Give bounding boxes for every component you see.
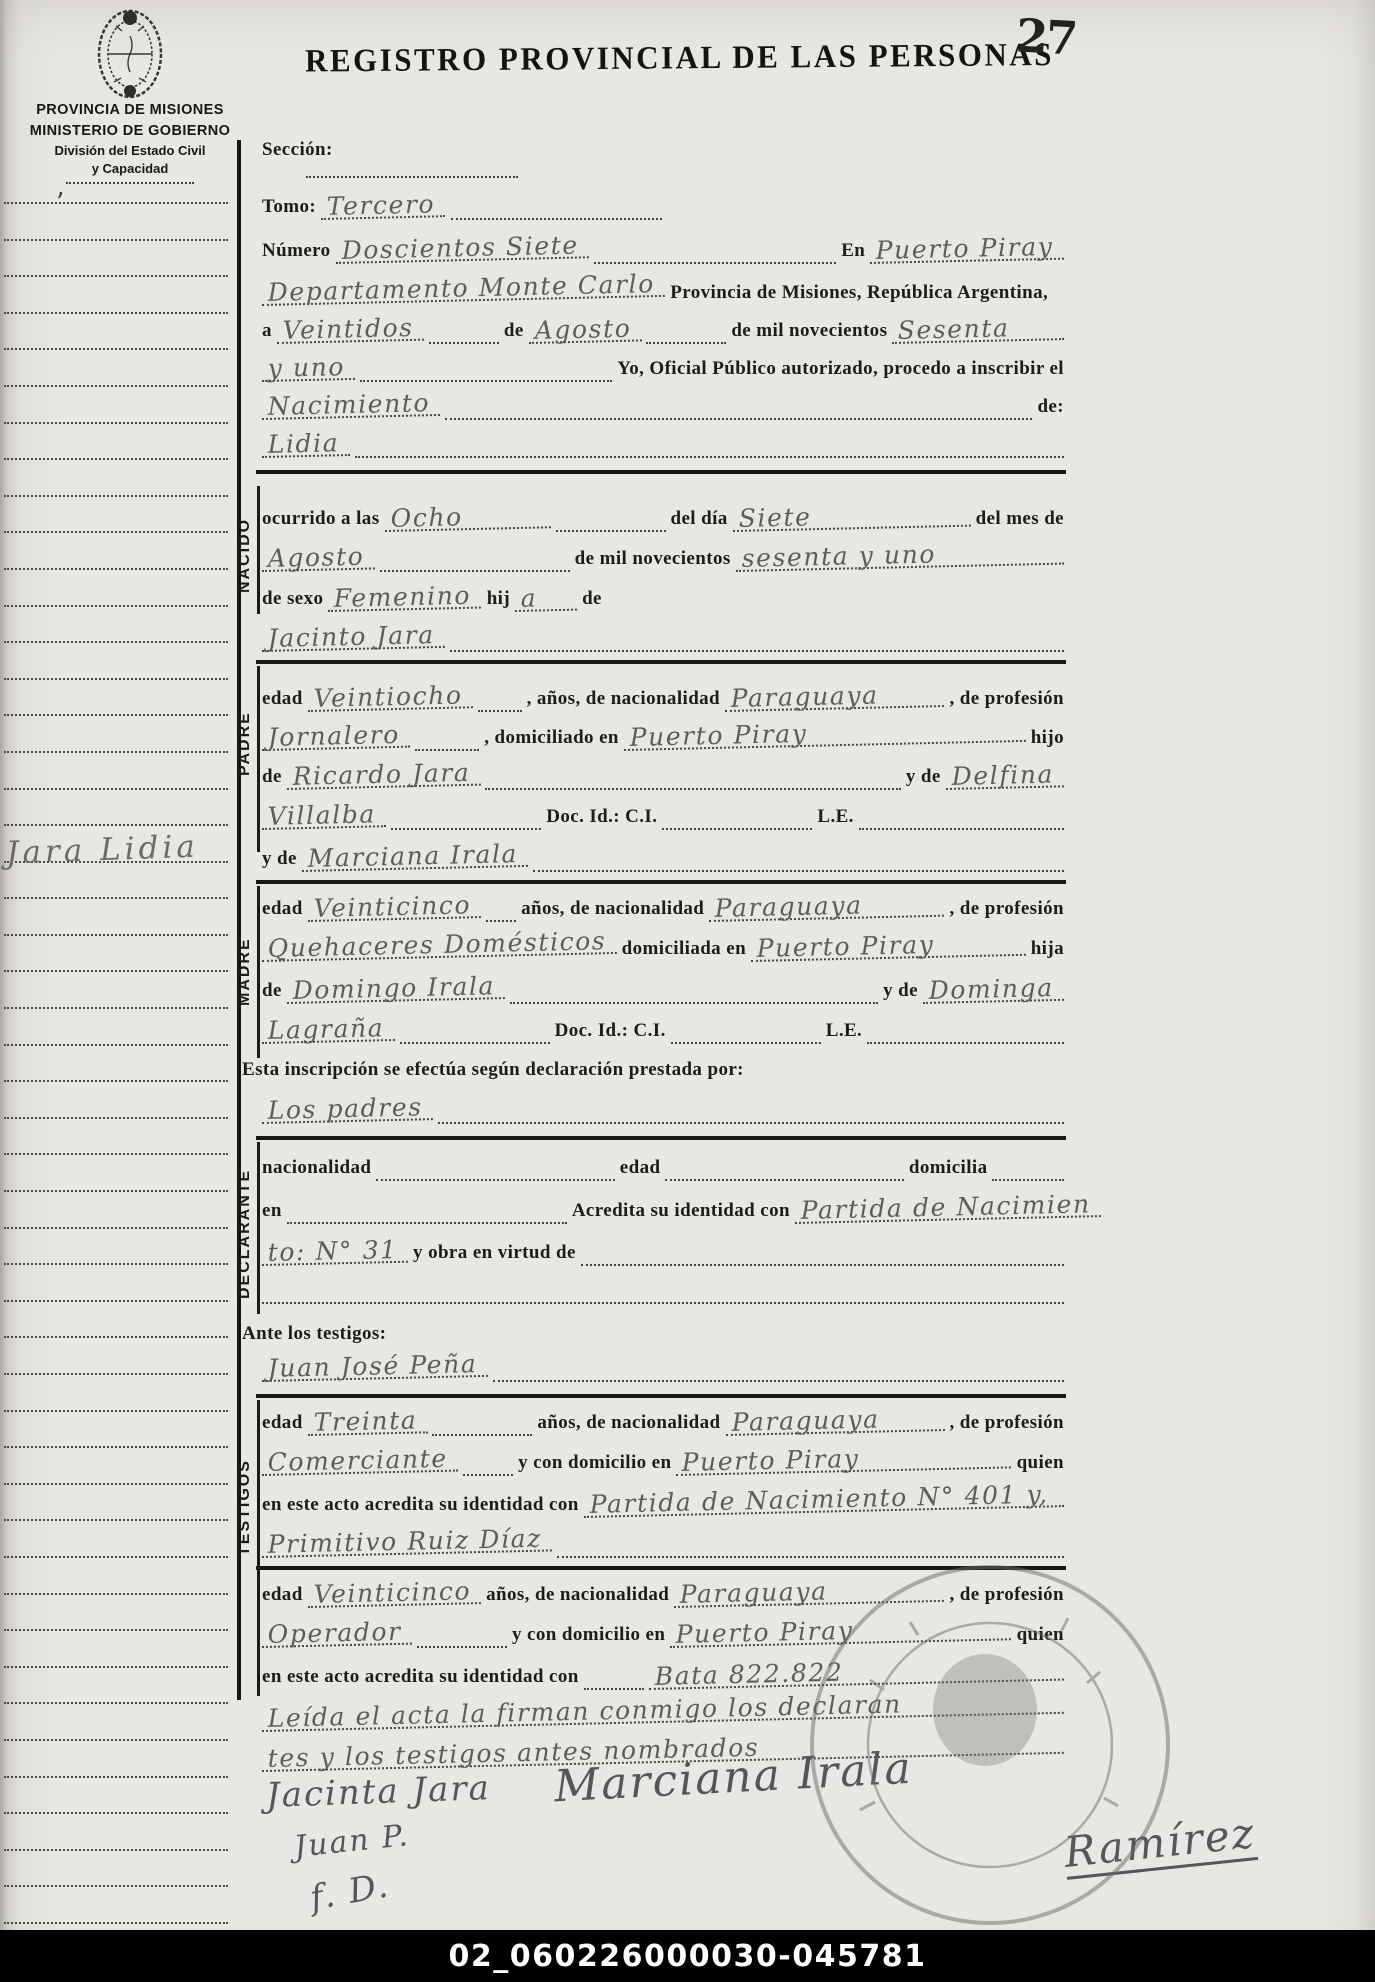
quien-label: quien (1017, 1453, 1064, 1476)
section-divider (256, 1136, 1066, 1140)
nacionalidad-label-4: años, de nacionalidad (537, 1413, 720, 1436)
dotted-fill (478, 702, 522, 712)
madre-edad-value: Veinticinco (307, 894, 481, 922)
section-rule (257, 1142, 260, 1314)
dotted-fill (486, 912, 516, 922)
madre-nombre-value: Marciana Irala (301, 843, 528, 872)
numero-line: Número Doscientos Siete En Puerto Piray (262, 240, 1064, 264)
oficial-label: Yo, Oficial Público autorizado, procedo … (617, 359, 1064, 382)
dotted-fill (391, 820, 541, 830)
margin-annotation: Jara Lidia (5, 829, 199, 872)
testigo2-profesion-value: Operador (261, 1621, 411, 1649)
profesion-label: , de profesión (949, 689, 1064, 712)
madre-domicilio-value: Puerto Piray (750, 932, 1025, 962)
en-label: En (841, 241, 865, 264)
testigo1-acredita-value: Partida de Nacimiento N° 401 y, (583, 1483, 1064, 1518)
dotted-fill (594, 254, 837, 264)
hija-label: hija (1031, 939, 1064, 962)
padre-nacionalidad-value: Paraguaya (724, 683, 944, 712)
de2-label: de (582, 589, 602, 612)
dotted-fill (400, 1034, 550, 1044)
dotted-fill (287, 1214, 567, 1224)
nombre-line: Lidia (262, 434, 1064, 458)
y-de-label-2: y de (262, 849, 297, 872)
declaracion-label: Esta inscripción se efectúa según declar… (242, 1060, 744, 1083)
letterhead-line-1: PROVINCIA DE MISIONES (26, 100, 234, 121)
tomo-label: Tomo: (262, 197, 316, 220)
doc-id-label-2: Doc. Id.: C.I. (555, 1021, 666, 1044)
declarante-quien-value: Los padres (261, 1096, 432, 1124)
dotted-fill (485, 780, 900, 790)
nacionalidad-label: , años, de nacionalidad (527, 689, 720, 712)
dotted-fill (493, 1372, 1064, 1382)
madre-abuelo-line: de Domingo Irala y de Dominga (262, 980, 1064, 1004)
padre-nombre-value: Jacinto Jara (261, 624, 445, 652)
section-label-padre: PADRE (236, 684, 254, 804)
scan-code: 02_060226000030-045781 (449, 1939, 927, 1974)
hij-label: hij (487, 589, 510, 612)
declarante-acredita-line: en Acredita su identidad con Partida de … (262, 1200, 1064, 1224)
dotted-fill (360, 372, 612, 382)
section-rule (257, 1400, 260, 1696)
testigo1-acredita-line: en este acto acredita su identidad con P… (262, 1494, 1064, 1518)
dotted-fill (306, 168, 518, 178)
nacionalidad-label-2: años, de nacionalidad (521, 899, 704, 922)
declarante-acredita-value-1: Partida de Nacimien (794, 1193, 1100, 1224)
de-label: de (504, 321, 524, 344)
signature-jacinta-jara: Jacinta Jara (265, 1768, 491, 1816)
dotted-fill (556, 522, 666, 532)
edad-label-5: edad (262, 1585, 303, 1608)
padre-profesion-value: Jornalero (261, 724, 410, 752)
ante-label: Ante los testigos: (242, 1324, 386, 1347)
domicilia-label: domicilia (909, 1158, 988, 1181)
seccion-blank (306, 168, 518, 178)
dotted-fill (859, 820, 1064, 830)
profesion-label-3: , de profesión (949, 1413, 1064, 1436)
signature-juan: Juan P. (292, 1818, 411, 1865)
section-rule (257, 886, 260, 1058)
coat-of-arms-seal-icon (86, 6, 174, 102)
madre-doc-line: Lagraña Doc. Id.: C.I. L.E. (262, 1020, 1064, 1044)
padre-abuela-2-value: Villalba (261, 803, 386, 830)
section-divider (256, 1394, 1066, 1398)
edad-label-4: edad (262, 1413, 303, 1436)
padre-abuelo-value: Ricardo Jara (286, 762, 480, 791)
hijo-label: hijo (1031, 728, 1064, 751)
seccion-line: Sección: (262, 140, 1064, 163)
nombre-value: Lidia (261, 432, 349, 458)
letterhead: PROVINCIA DE MISIONES MINISTERIO DE GOBI… (26, 100, 234, 184)
section-label-testigos: TESTIGOS (236, 1428, 254, 1588)
madre-abuela-2-value: Lagraña (261, 1017, 394, 1044)
madre-profesion-value: Quehaceres Domésticos (261, 930, 616, 962)
dotted-fill (671, 1034, 821, 1044)
letterhead-dotted-rule (66, 182, 194, 184)
hija-suffix-value: a (515, 587, 578, 613)
padre-profesion-line: Jornalero , domiciliado en Puerto Piray … (262, 727, 1064, 751)
y-de-label-3: y de (883, 981, 918, 1004)
dia-value: Veintidos (276, 317, 423, 345)
dotted-fill (581, 1256, 1064, 1266)
dotted-fill (867, 1034, 1064, 1044)
mes-value: Agosto (528, 317, 641, 344)
letterhead-line-3: División del Estado Civil (26, 142, 234, 160)
anio-value-2: y uno (261, 356, 355, 382)
del-dia-label: del día (671, 509, 728, 532)
testigo1-nacionalidad-value: Paraguaya (725, 1407, 944, 1436)
y-de-label: y de (906, 767, 941, 790)
dotted-fill (262, 1294, 1064, 1304)
hora-value: Ocho (384, 504, 551, 532)
ocurrido-label: ocurrido a las (262, 509, 380, 532)
provincia-label: Provincia de Misiones, República Argenti… (670, 283, 1048, 306)
madre-edad-line: edad Veinticinco años, de nacionalidad P… (262, 898, 1064, 922)
letterhead-line-4: y Capacidad (26, 160, 234, 178)
section-rule (257, 666, 260, 852)
edad-label: edad (262, 689, 303, 712)
madre-profesion-line: Quehaceres Domésticos domiciliada en Pue… (262, 938, 1064, 962)
sexo-value: Femenino (328, 585, 482, 613)
section-divider (256, 470, 1066, 474)
dotted-fill (992, 1171, 1064, 1181)
dotted-fill (646, 334, 726, 344)
section-label-madre: MADRE (236, 902, 254, 1042)
mil-novecientos-label: de mil novecientos (731, 321, 887, 344)
testigo1-profesion-line: Comerciante y con domicilio en Puerto Pi… (262, 1452, 1064, 1476)
le-label-2: L.E. (826, 1021, 862, 1044)
edad-label-2: edad (262, 899, 303, 922)
nacimiento-hora-line: ocurrido a las Ocho del día Siete del me… (262, 508, 1064, 532)
dotted-fill (376, 1171, 614, 1181)
departamento-value: Departamento Monte Carlo (261, 273, 665, 306)
declaracion-intro-line: Esta inscripción se efectúa según declar… (242, 1060, 1064, 1083)
testigo1-nombre-line: Juan José Peña (262, 1358, 1064, 1382)
profesion-label-2: , de profesión (949, 899, 1064, 922)
declarante-blank-line (262, 1294, 1064, 1304)
dotted-fill (557, 1548, 1064, 1558)
testigo1-nombre-value: Juan José Peña (261, 1353, 487, 1382)
de-sexo-label: de sexo (262, 589, 323, 612)
dotted-fill (445, 410, 1032, 420)
numero-label: Número (262, 241, 331, 264)
le-label: L.E. (817, 807, 853, 830)
dotted-fill (380, 562, 570, 572)
padre-abuelo-line: de Ricardo Jara y de Delfina (262, 766, 1064, 790)
declarante-obra-line: to: N° 31 y obra en virtud de (262, 1242, 1064, 1266)
declarante-datos-line: nacionalidad edad domicilia (262, 1158, 1064, 1181)
dotted-fill (415, 741, 479, 751)
dotted-fill (450, 642, 1064, 652)
a-label: a (262, 321, 272, 344)
fecha-line: a Veintidos de Agosto de mil novecientos… (262, 320, 1064, 344)
domiciliado-label: , domiciliado en (484, 728, 619, 751)
testigo2-edad-value: Veinticinco (307, 1580, 481, 1608)
scan-code-band: 02_060226000030-045781 (0, 1930, 1375, 1982)
mes-nac-value: Agosto (261, 545, 374, 572)
section-rule (257, 486, 260, 614)
padre-doc-line: Villalba Doc. Id.: C.I. L.E. (262, 806, 1064, 830)
departamento-line: Departamento Monte Carlo Provincia de Mi… (262, 282, 1064, 306)
acto-line: Nacimiento de: (262, 396, 1064, 420)
de-label-2: de (262, 767, 282, 790)
section-label-declarante: DECLARANTE (236, 1150, 254, 1318)
del-mes-label: del mes de (976, 509, 1064, 532)
de-label-3: de (262, 981, 282, 1004)
dotted-fill (432, 1426, 532, 1436)
section-label-nacido: NACIDO (236, 497, 254, 613)
round-office-stamp-icon (800, 1560, 1180, 1930)
signature-flourish: f. D. (307, 1865, 393, 1918)
dotted-fill (417, 1638, 507, 1648)
madre-abuelo-value: Domingo Irala (286, 975, 505, 1004)
dotted-fill (584, 1680, 644, 1690)
obra-label: y obra en virtud de (413, 1243, 576, 1266)
testigos-intro-line: Ante los testigos: (242, 1324, 1064, 1347)
mil-novecientos-label-2: de mil novecientos (575, 549, 731, 572)
dotted-fill (463, 1466, 513, 1476)
testigo2-nombre-line: Primitivo Ruiz Díaz (262, 1534, 1064, 1558)
testigo1-domicilio-value: Puerto Piray (676, 1444, 1012, 1476)
testigo1-profesion-value: Comerciante (261, 1448, 458, 1477)
declarante-acredita-value-2: to: N° 31 (261, 1239, 408, 1267)
padre-abuela-1-value: Delfina (945, 763, 1064, 790)
domiciliada-label: domiciliada en (622, 939, 746, 962)
nacionalidad-label-5: años, de nacionalidad (486, 1585, 669, 1608)
anio-value-1: Sesenta (892, 316, 1064, 344)
dotted-fill (355, 448, 1064, 458)
scanned-birth-record: REGISTRO PROVINCIAL DE LAS PERSONAS 27 P… (0, 0, 1375, 1982)
acto-acredita-label-2: en este acto acredita su identidad con (262, 1667, 579, 1690)
declarante-quien-line: Los padres (262, 1100, 1064, 1124)
lugar-value: Puerto Piray (870, 236, 1064, 265)
numero-value: Doscientos Siete (335, 234, 589, 264)
dia-nac-value: Siete (732, 503, 970, 533)
con-domicilio-label-2: y con domicilio en (512, 1625, 665, 1648)
testigo1-edad-value: Treinta (307, 1409, 427, 1436)
tomo-line: Tomo: Tercero (262, 196, 662, 220)
doc-id-label: Doc. Id.: C.I. (546, 807, 657, 830)
section-divider (256, 660, 1066, 664)
dotted-fill (662, 820, 812, 830)
anio-nac-value: sesenta y uno (735, 541, 1064, 573)
de-colon-label: de: (1037, 397, 1064, 420)
con-domicilio-label: y con domicilio en (518, 1453, 671, 1476)
dotted-fill (665, 1171, 903, 1181)
letterhead-line-2: MINISTERIO DE GOBIERNO (26, 121, 234, 142)
margin-dotted-lines (4, 202, 228, 1924)
dotted-fill (451, 210, 662, 220)
en-label-2: en (262, 1201, 282, 1224)
acredita-label: Acredita su identidad con (572, 1201, 790, 1224)
acto-value: Nacimiento (261, 392, 440, 420)
nacionalidad-label-3: nacionalidad (262, 1158, 371, 1181)
acto-acredita-label: en este acto acredita su identidad con (262, 1495, 579, 1518)
nacimiento-mes-line: Agosto de mil novecientos sesenta y uno (262, 548, 1064, 572)
padre-nombre-line: Jacinto Jara (262, 628, 1064, 652)
oficial-line: y uno Yo, Oficial Público autorizado, pr… (262, 358, 1064, 382)
dotted-fill (533, 862, 1064, 872)
dotted-fill (438, 1114, 1064, 1124)
section-divider (256, 880, 1066, 884)
madre-nacionalidad-value: Paraguaya (709, 893, 945, 923)
padre-domicilio-value: Puerto Piray (623, 718, 1025, 751)
tomo-value: Tercero (321, 193, 446, 220)
padre-edad-value: Veintiocho (307, 684, 472, 712)
testigo2-nombre-value: Primitivo Ruiz Díaz (261, 1527, 552, 1558)
padre-edad-line: edad Veintiocho , años, de nacionalidad … (262, 688, 1064, 712)
edad-label-3: edad (620, 1158, 661, 1181)
madre-nombre-line: y de Marciana Irala (262, 848, 1064, 872)
sexo-line: de sexo Femenino hij a de (262, 588, 822, 612)
testigo1-edad-line: edad Treinta años, de nacionalidad Parag… (262, 1412, 1064, 1436)
dotted-fill (510, 994, 878, 1004)
madre-abuela-1-value: Dominga (922, 977, 1064, 1004)
seccion-label: Sección: (262, 140, 333, 163)
dotted-fill (429, 334, 499, 344)
